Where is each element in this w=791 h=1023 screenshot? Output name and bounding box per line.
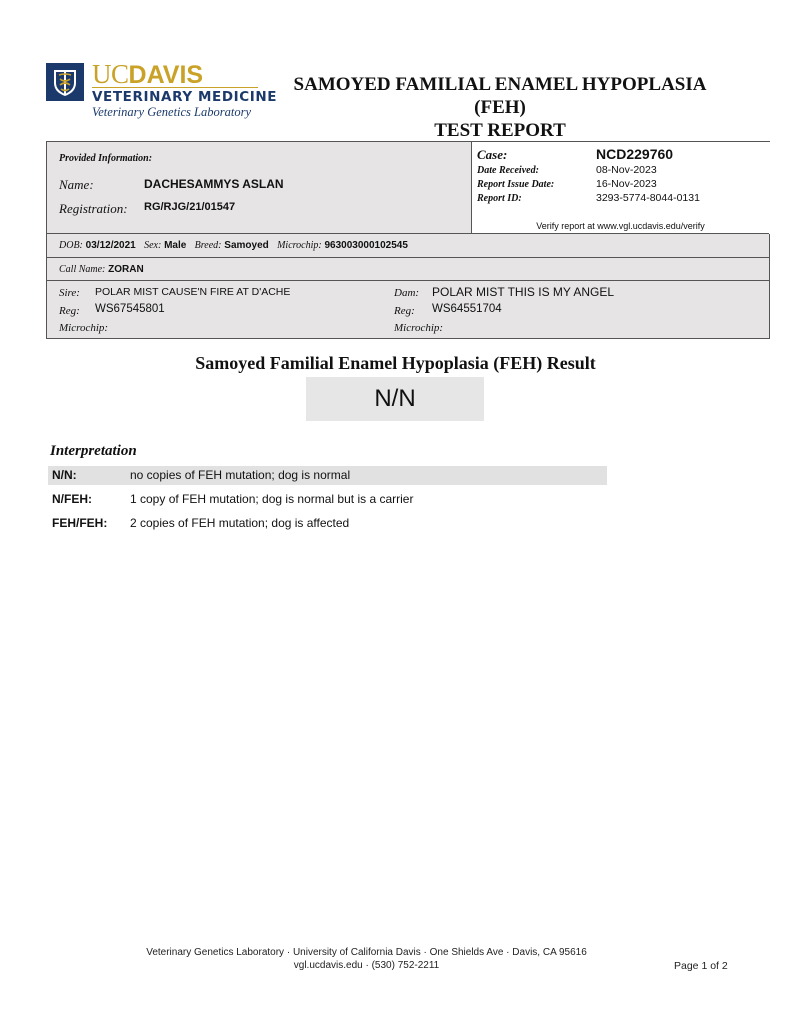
call-name-row: Call Name: ZORAN bbox=[47, 257, 769, 281]
dob-value: 03/12/2021 bbox=[86, 240, 136, 251]
dog-info-panel: Provided Information: Name: DACHESAMMYS … bbox=[46, 141, 770, 339]
dam-reg-label: Reg: bbox=[394, 305, 415, 317]
dam-reg: WS64551704 bbox=[432, 303, 502, 315]
genotype-code: N/N: bbox=[52, 466, 77, 485]
dob-label: DOB: bbox=[59, 240, 83, 251]
caduceus-shield-icon bbox=[46, 63, 84, 101]
issue-date: 16-Nov-2023 bbox=[596, 178, 657, 190]
provided-info-label: Provided Information: bbox=[59, 153, 152, 164]
ucdavis-vetmed-logo: UCDAVIS VETERINARY MEDICINE Veterinary G… bbox=[46, 63, 260, 121]
name-label: Name: bbox=[59, 177, 94, 193]
logo-lab-name: Veterinary Genetics Laboratory bbox=[92, 105, 251, 120]
sire-reg-label: Reg: bbox=[59, 305, 80, 317]
registration-number: RG/RJG/21/01547 bbox=[144, 201, 235, 213]
sire-reg: WS67545801 bbox=[95, 303, 165, 315]
date-received: 08-Nov-2023 bbox=[596, 164, 657, 176]
breed-value: Samoyed bbox=[224, 240, 268, 251]
page-number: Page 1 of 2 bbox=[674, 960, 728, 972]
dam-name: POLAR MIST THIS IS MY ANGEL bbox=[432, 285, 614, 299]
footer-address: Veterinary Genetics Laboratory · Univers… bbox=[0, 946, 733, 959]
result-heading: Samoyed Familial Enamel Hypoplasia (FEH)… bbox=[0, 353, 791, 374]
report-title-line1: SAMOYED FAMILIAL ENAMEL HYPOPLASIA (FEH) bbox=[270, 73, 730, 119]
dam-label: Dam: bbox=[394, 287, 419, 299]
microchip-label: Microchip: bbox=[277, 240, 322, 251]
sire-name: POLAR MIST CAUSE'N FIRE AT D'ACHE bbox=[95, 286, 290, 298]
genotype-code: N/FEH: bbox=[52, 490, 92, 509]
call-name-value: ZORAN bbox=[108, 264, 144, 275]
logo-wordmark: UCDAVIS bbox=[92, 59, 203, 90]
result-value: N/N bbox=[306, 377, 484, 421]
case-number: NCD229760 bbox=[596, 146, 673, 162]
genotype-description: no copies of FEH mutation; dog is normal bbox=[130, 466, 350, 485]
provided-information: Provided Information: Name: DACHESAMMYS … bbox=[47, 142, 471, 234]
genotype-code: FEH/FEH: bbox=[52, 514, 107, 533]
dog-name: DACHESAMMYS ASLAN bbox=[144, 177, 284, 191]
sire-label: Sire: bbox=[59, 287, 80, 299]
report-title-line2: TEST REPORT bbox=[270, 119, 730, 142]
footer: Veterinary Genetics Laboratory · Univers… bbox=[0, 946, 733, 972]
footer-contact: vgl.ucdavis.edu · (530) 752-2211 bbox=[0, 959, 733, 972]
microchip-value: 963003000102545 bbox=[325, 240, 408, 251]
call-name-label: Call Name: bbox=[59, 264, 105, 275]
date-received-label: Date Received: bbox=[477, 165, 539, 176]
logo-rule bbox=[92, 87, 258, 88]
report-id: 3293-5774-8044-0131 bbox=[596, 192, 700, 204]
sire-microchip-label: Microchip: bbox=[59, 322, 108, 334]
case-label: Case: bbox=[477, 147, 507, 163]
report-title: SAMOYED FAMILIAL ENAMEL HYPOPLASIA (FEH)… bbox=[270, 73, 730, 142]
details-row: DOB: 03/12/2021 Sex: Male Breed: Samoyed… bbox=[47, 233, 769, 257]
case-info: Case: NCD229760 Date Received: 08-Nov-20… bbox=[471, 141, 770, 234]
dam-microchip-label: Microchip: bbox=[394, 322, 443, 334]
interpretation-row: N/N: no copies of FEH mutation; dog is n… bbox=[48, 466, 607, 485]
interpretation-row: FEH/FEH: 2 copies of FEH mutation; dog i… bbox=[48, 514, 607, 533]
interpretation-row: N/FEH: 1 copy of FEH mutation; dog is no… bbox=[48, 490, 607, 509]
sex-label: Sex: bbox=[144, 240, 161, 251]
parents-row: Sire: POLAR MIST CAUSE'N FIRE AT D'ACHE … bbox=[47, 280, 769, 339]
genotype-description: 1 copy of FEH mutation; dog is normal bu… bbox=[130, 490, 413, 509]
registration-label: Registration: bbox=[59, 201, 128, 217]
verify-link[interactable]: Verify report at www.vgl.ucdavis.edu/ver… bbox=[472, 221, 769, 231]
sex-value: Male bbox=[164, 240, 186, 251]
report-id-label: Report ID: bbox=[477, 193, 522, 204]
genotype-description: 2 copies of FEH mutation; dog is affecte… bbox=[130, 514, 349, 533]
logo-school: VETERINARY MEDICINE bbox=[92, 89, 277, 105]
issue-date-label: Report Issue Date: bbox=[477, 179, 554, 190]
breed-label: Breed: bbox=[195, 240, 222, 251]
interpretation-title: Interpretation bbox=[50, 443, 137, 460]
